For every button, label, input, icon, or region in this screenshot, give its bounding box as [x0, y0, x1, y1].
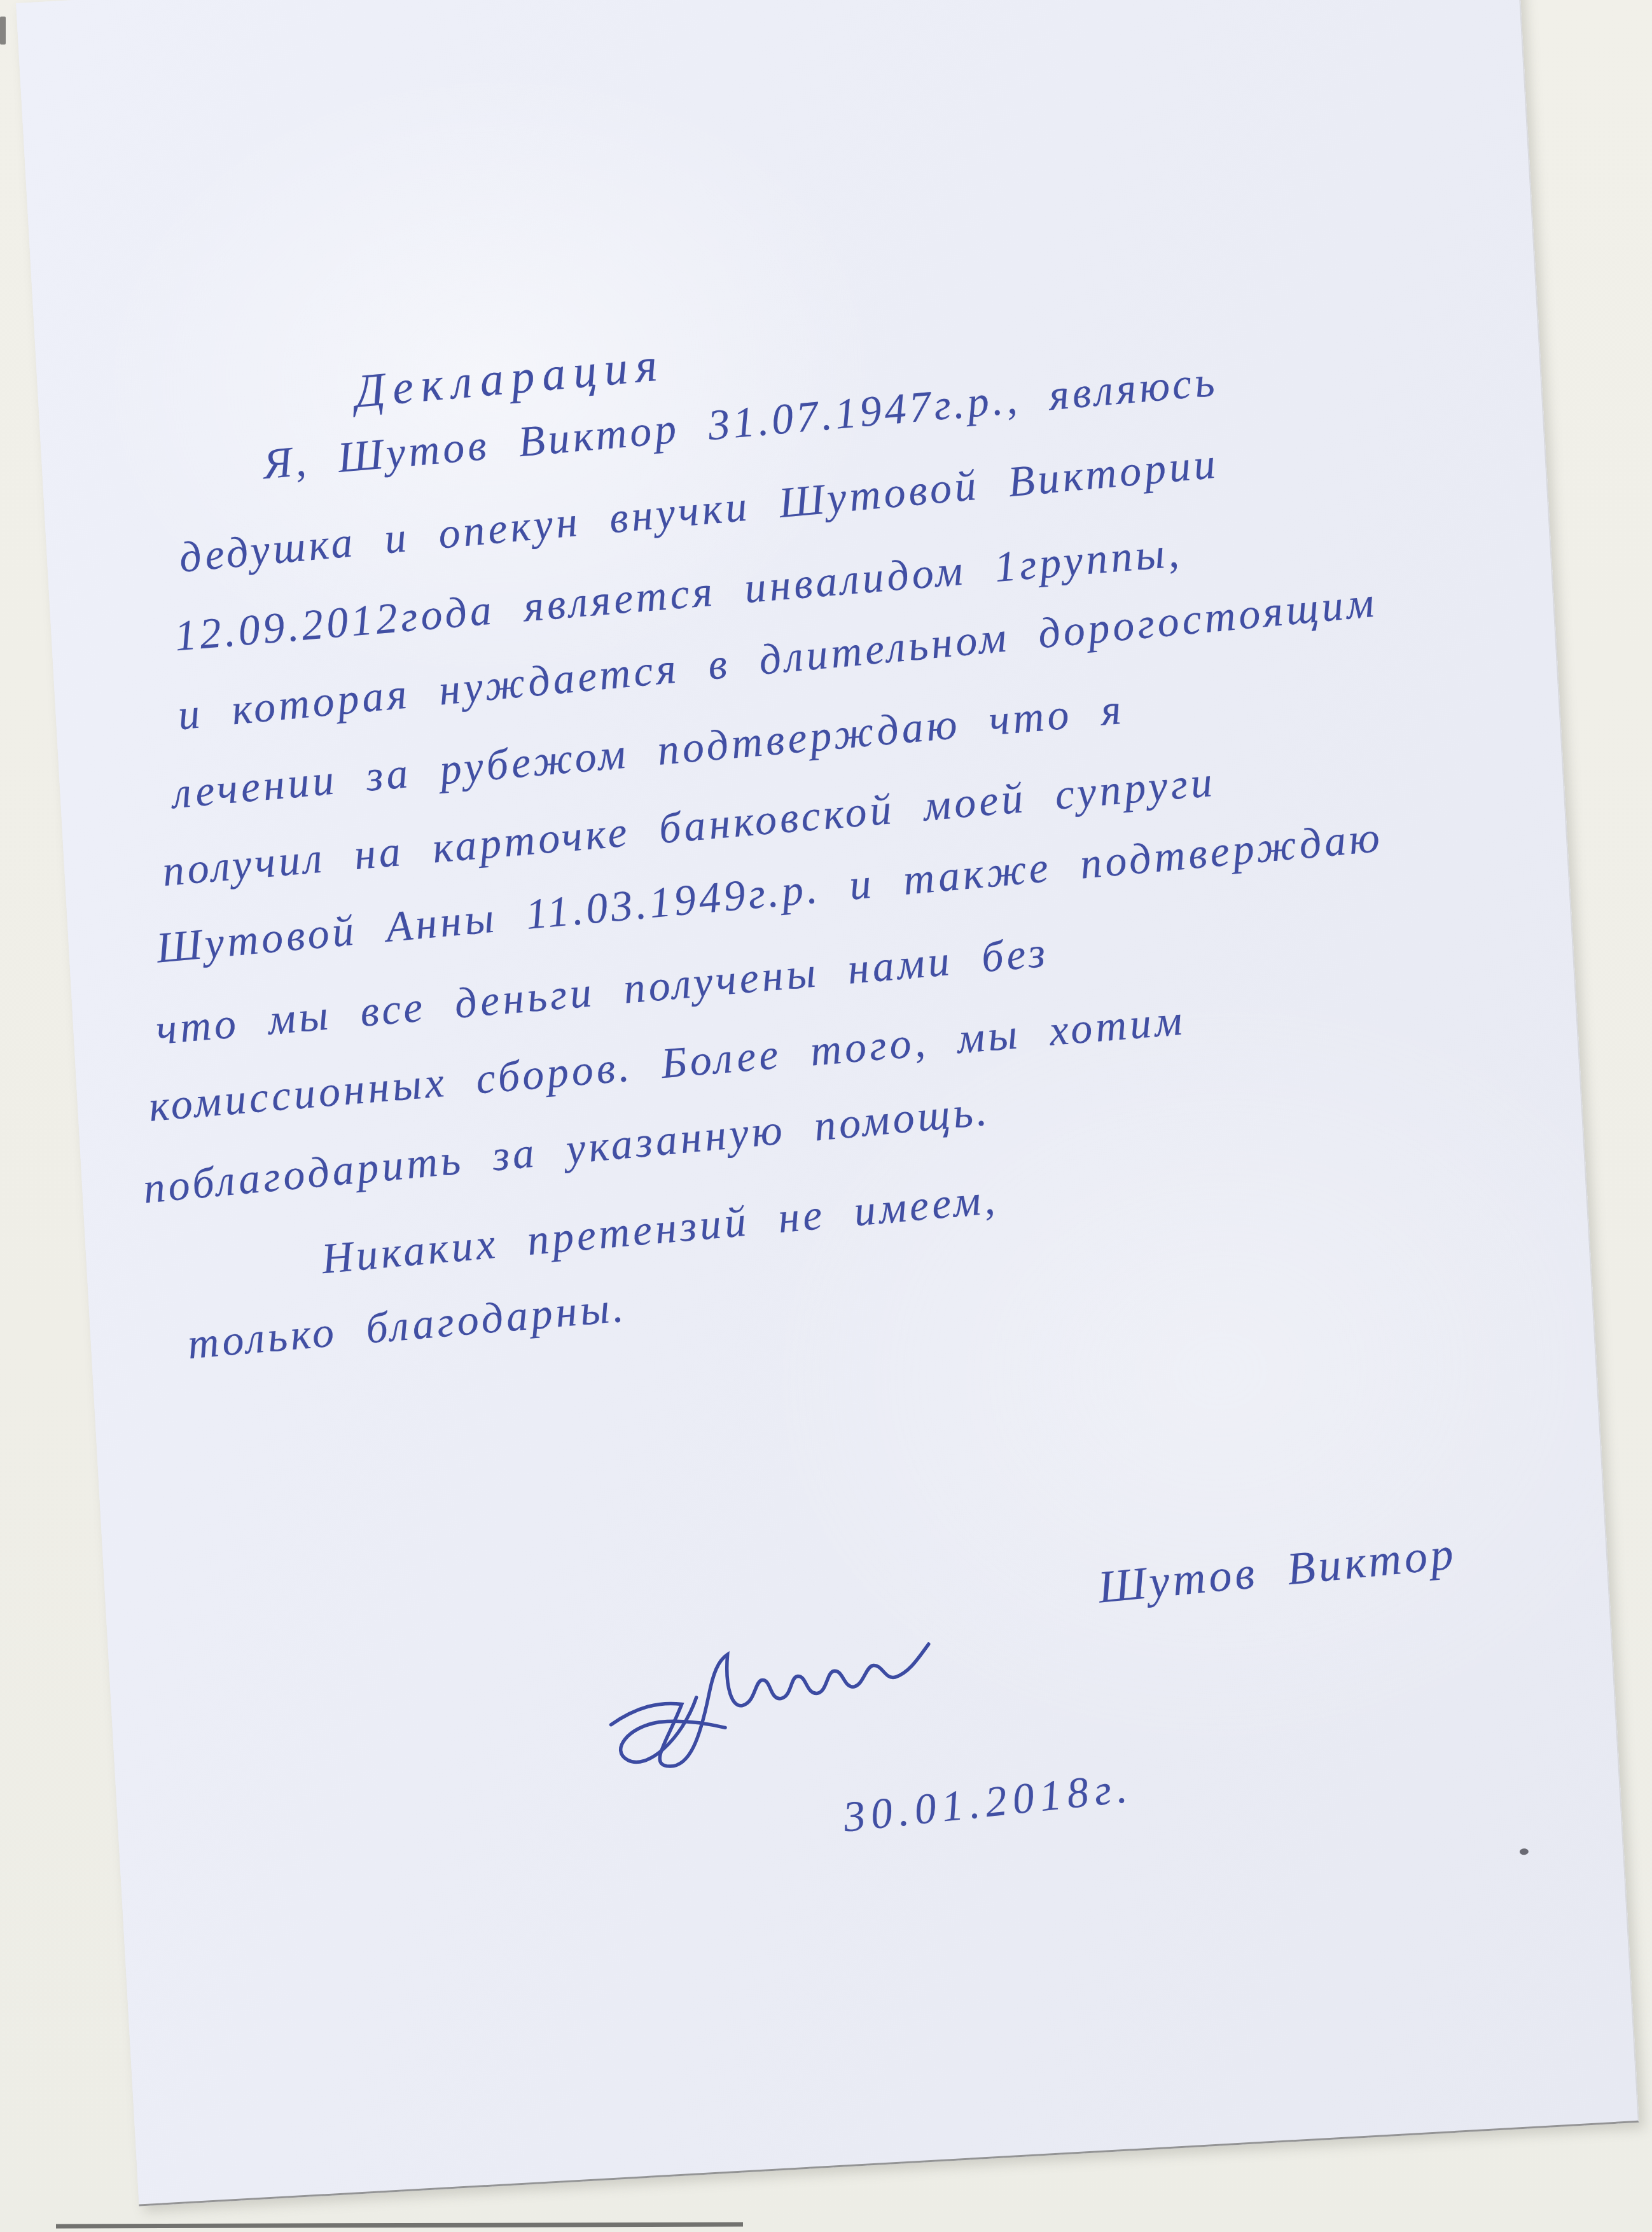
- scan-edge-artifact-bottom: [56, 2222, 743, 2229]
- handwritten-line: Никаких претензий не имеем,: [319, 1174, 999, 1284]
- scanned-document-background: Декларация Я, Шутов Виктор 31.07.1947г.р…: [0, 0, 1652, 2232]
- document-date: 30.01.2018г.: [841, 1762, 1135, 1842]
- handwritten-signature: [581, 1512, 1011, 1784]
- scan-edge-artifact-top-left: [0, 17, 6, 45]
- document-title: Декларация: [352, 338, 667, 419]
- handwritten-line: только благодарны.: [186, 1281, 628, 1369]
- signature-name: Шутов Виктор: [1096, 1527, 1459, 1614]
- paper-sheet: Декларация Я, Шутов Виктор 31.07.1947г.р…: [16, 0, 1639, 2207]
- ink-speck: [1520, 1848, 1529, 1855]
- signature-stroke: [605, 1633, 939, 1772]
